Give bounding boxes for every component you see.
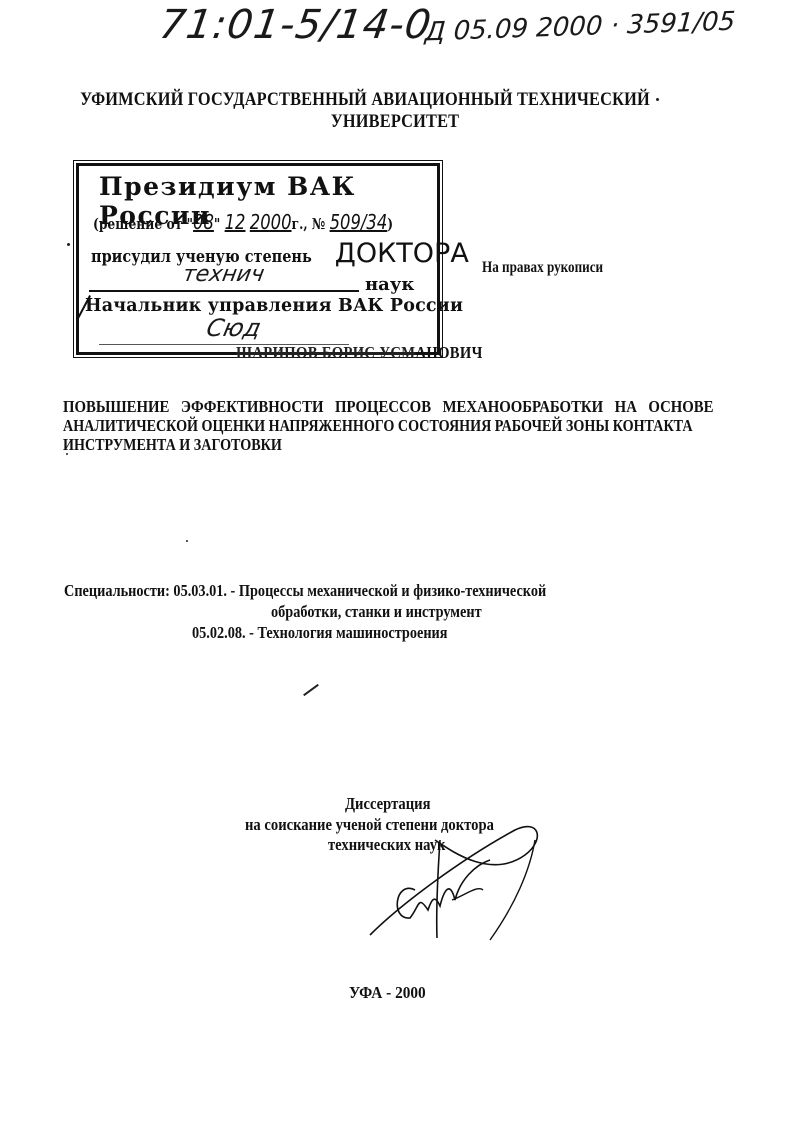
university-name-line1: УФИМСКИЙ ГОСУДАРСТВЕННЫЙ АВИАЦИОННЫЙ ТЕХ… xyxy=(51,89,679,111)
pen-mark xyxy=(303,684,319,696)
field-underline xyxy=(89,290,359,292)
thesis-title: ПОВЫШЕНИЕ ЭФФЕКТИВНОСТИ ПРОЦЕССОВ МЕХАНО… xyxy=(63,397,733,454)
specialty-1-code: 05.03.01. xyxy=(173,581,227,600)
specialty-2-name: - Технология машиностроения xyxy=(249,623,447,642)
author-name-visible: АНОВИЧ xyxy=(415,343,482,362)
decision-number: 509/34 xyxy=(330,210,388,234)
manuscript-rights-note: На правах рукописи xyxy=(482,259,603,277)
stamp-head-title: Начальник управления ВАК России xyxy=(85,296,463,316)
decision-year: 2000 xyxy=(250,210,292,234)
university-name-line2: УНИВЕРСИТЕТ xyxy=(81,111,709,133)
vak-stamp: Президиум ВАК России (решение от "08" 12… xyxy=(76,163,440,355)
speck xyxy=(186,540,188,542)
specialties-label: Специальности: xyxy=(64,581,170,600)
handwritten-registration-note: Д 05.09 2000 · 3591/05 xyxy=(424,7,736,48)
specialty-1-continued: обработки, станки и инструмент xyxy=(271,602,482,622)
stamp-decision-line: (решение от "08" 12 2000г., № 509/34) xyxy=(93,210,393,234)
degree-text: ДОКТОРА xyxy=(335,238,469,269)
thesis-title-line3: ИНСТРУМЕНТА И ЗАГОТОВКИ xyxy=(63,435,619,454)
author-name-obscured: ШАРИПОВ БОРИС УСМ xyxy=(236,343,415,362)
decision-close: ) xyxy=(387,215,393,233)
decision-prefix: (решение от " xyxy=(93,215,193,233)
speck xyxy=(656,98,659,101)
speck xyxy=(67,243,70,246)
decision-year-suffix: г., № xyxy=(292,215,326,233)
head-signature: Сюд xyxy=(204,314,264,342)
decision-month: 12 xyxy=(225,210,246,234)
stamp-award-line: присудил ученую степень ДОКТОРА xyxy=(91,238,469,269)
specialty-1: Специальности: 05.03.01. - Процессы меха… xyxy=(64,581,546,601)
decision-day: 08 xyxy=(193,210,214,234)
decision-sep: " xyxy=(214,215,220,233)
field-suffix: наук xyxy=(365,274,414,295)
speck xyxy=(66,453,68,455)
city-year: УФА - 2000 xyxy=(349,983,426,1003)
author-name: ШАРИПОВ БОРИС УСМАНОВИЧ xyxy=(236,343,483,363)
author-signature xyxy=(340,810,560,950)
handwritten-archive-code: 71:01-5/14-0 xyxy=(157,2,435,48)
specialty-2-code: 05.02.08. xyxy=(192,623,246,642)
thesis-title-line1: ПОВЫШЕНИЕ ЭФФЕКТИВНОСТИ ПРОЦЕССОВ МЕХАНО… xyxy=(63,397,646,416)
field-handwritten: технич xyxy=(181,262,266,287)
thesis-title-line2: АНАЛИТИЧЕСКОЙ ОЦЕНКИ НАПРЯЖЕННОГО СОСТОЯ… xyxy=(63,416,619,435)
specialty-1-name: - Процессы механической и физико-техниче… xyxy=(231,581,547,600)
specialty-2: 05.02.08. - Технология машиностроения xyxy=(192,623,448,643)
